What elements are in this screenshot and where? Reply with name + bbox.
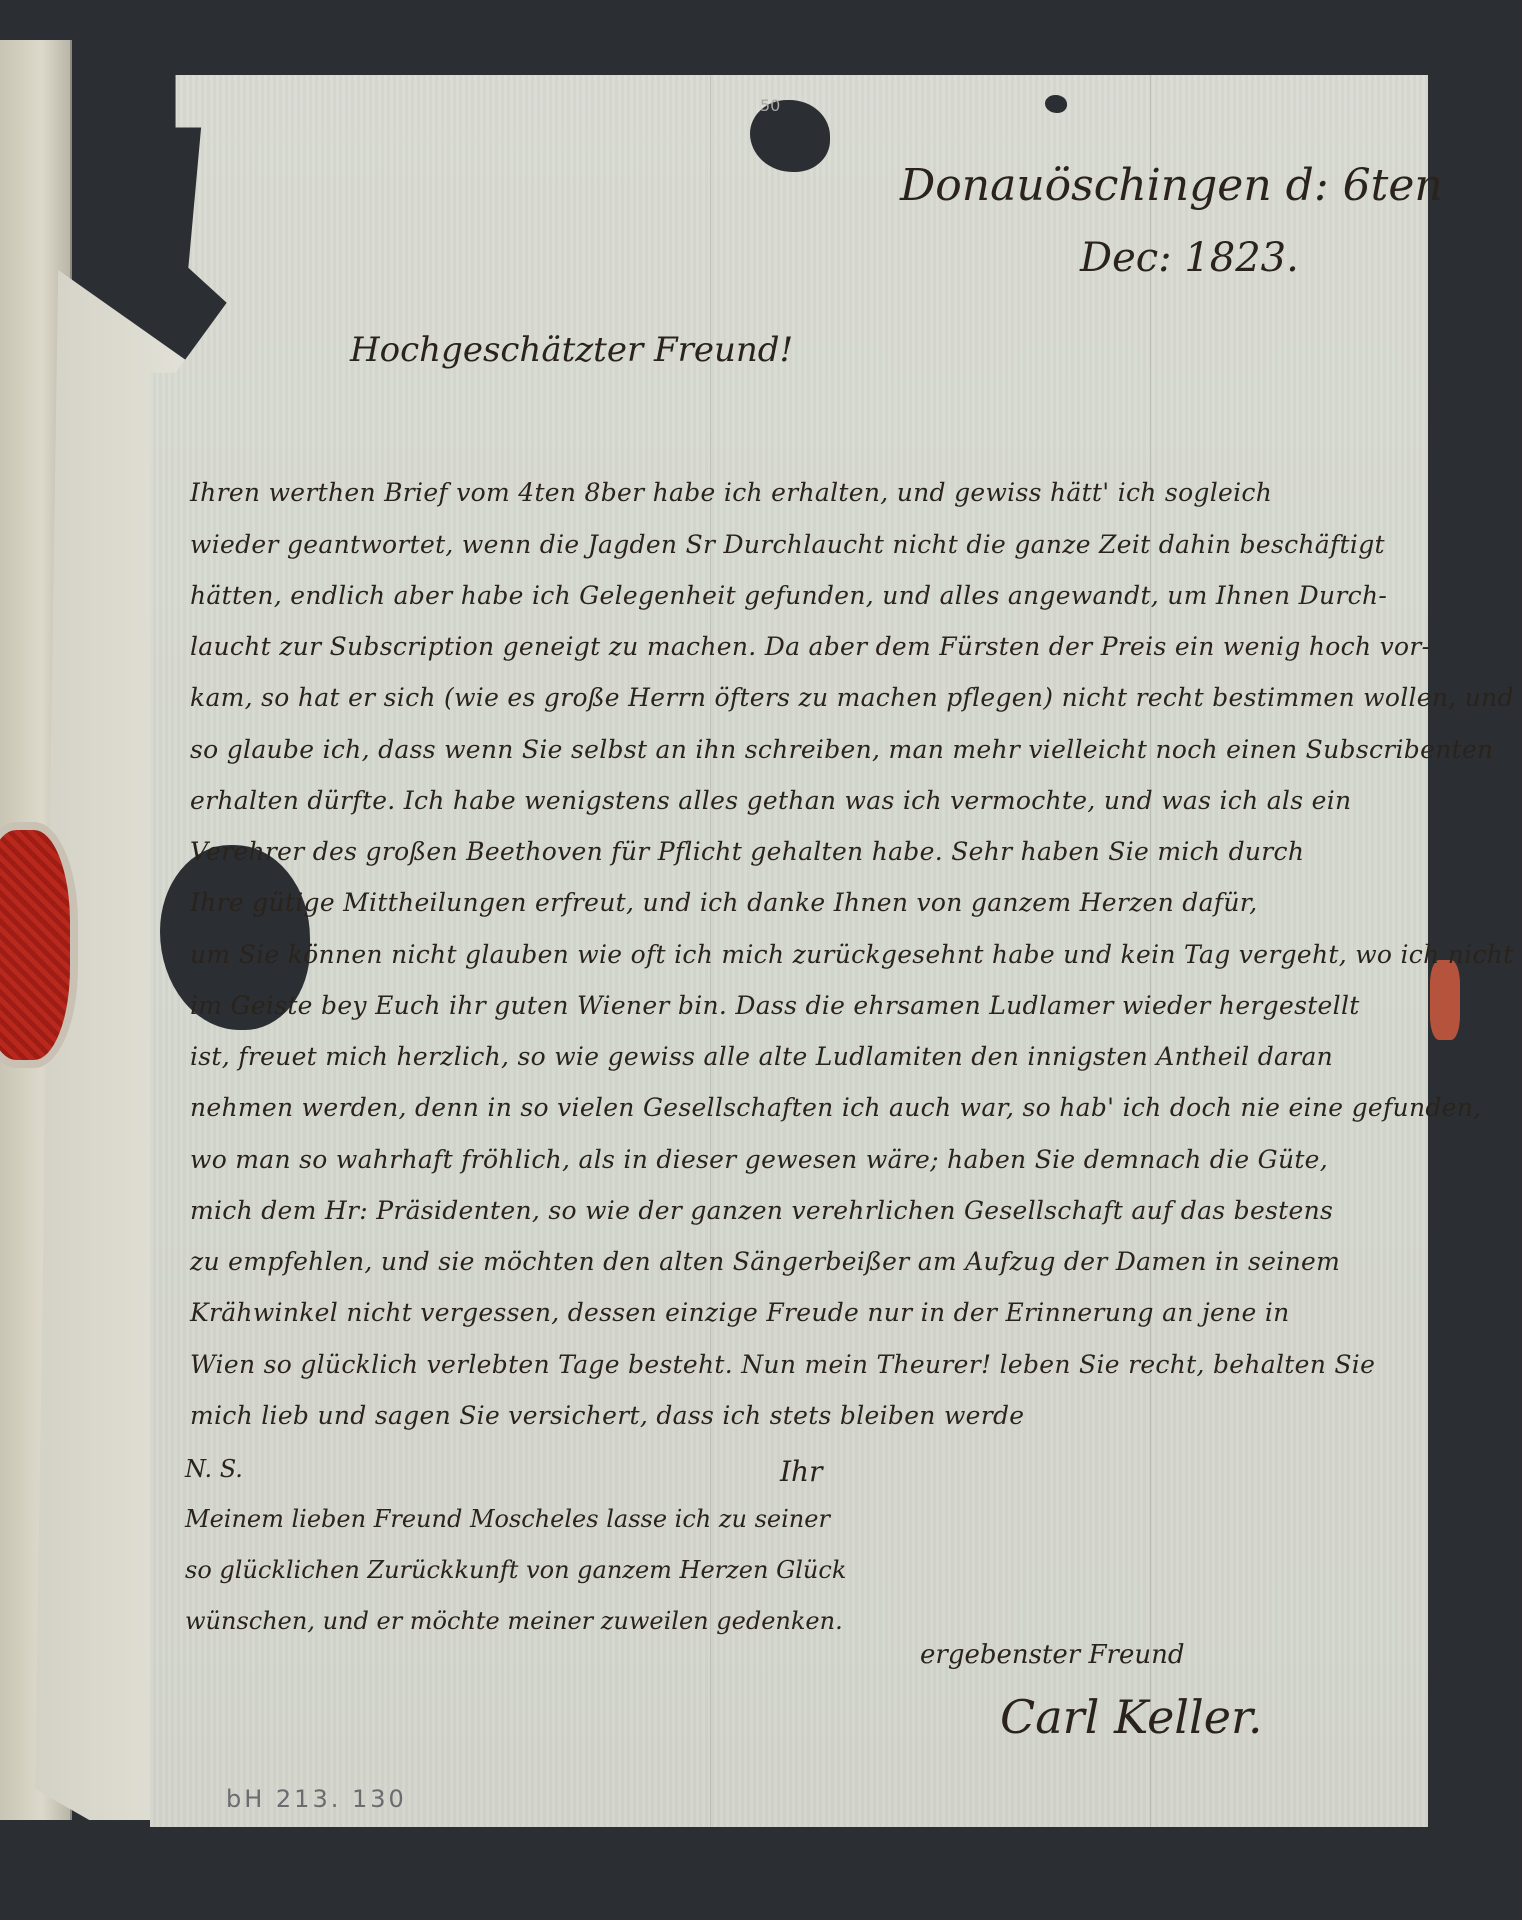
closing: Ihr — [780, 1455, 822, 1488]
body-line: wieder geantwortet, wenn die Jagden Sr D… — [190, 530, 1385, 559]
body-line: wo man so wahrhaft fröhlich, als in dies… — [190, 1145, 1328, 1174]
body-line: Ihren werthen Brief vom 4ten 8ber habe i… — [190, 478, 1272, 507]
body-line: Wien so glücklich verlebten Tage besteht… — [190, 1350, 1375, 1379]
body-line: nehmen werden, denn in so vielen Gesells… — [190, 1093, 1481, 1122]
valediction: ergebenster Freund — [920, 1640, 1184, 1670]
body-line: erhalten dürfte. Ich habe wenigstens all… — [190, 786, 1351, 815]
wax-seal — [0, 830, 70, 1060]
postscript-line: Meinem lieben Freund Moscheles lasse ich… — [185, 1505, 830, 1533]
body-line: Krähwinkel nicht vergessen, dessen einzi… — [190, 1298, 1290, 1327]
body-line: Verehrer des großen Beethoven für Pflich… — [190, 837, 1304, 866]
torn-hole-small — [1045, 95, 1067, 113]
body-line: kam, so hat er sich (wie es große Herrn … — [190, 683, 1514, 712]
body-line: im Geiste bey Euch ihr guten Wiener bin.… — [190, 991, 1360, 1020]
body-line: mich lieb und sagen Sie versichert, dass… — [190, 1401, 1024, 1430]
place-line: Donauöschingen d: 6ten — [900, 160, 1443, 211]
pencil-number: 50 — [760, 96, 780, 115]
body-line: so glaube ich, dass wenn Sie selbst an i… — [190, 735, 1493, 764]
signature: Carl Keller. — [1000, 1690, 1263, 1744]
date-line: Dec: 1823. — [1080, 235, 1299, 281]
archive-shelfmark: bH 213. 130 — [226, 1785, 407, 1813]
body-line: um Sie können nicht glauben wie oft ich … — [190, 940, 1514, 969]
body-line: zu empfehlen, und sie möchten den alten … — [190, 1247, 1340, 1276]
body-line: laucht zur Subscription geneigt zu mache… — [190, 632, 1430, 661]
body-line: ist, freuet mich herzlich, so wie gewiss… — [190, 1042, 1333, 1071]
wax-seal-remnant — [1430, 960, 1460, 1040]
postscript-label: N. S. — [185, 1455, 243, 1483]
body-line: hätten, endlich aber habe ich Gelegenhei… — [190, 581, 1387, 610]
body-line: Ihre gütige Mittheilungen erfreut, und i… — [190, 888, 1258, 917]
body-line: mich dem Hr: Präsidenten, so wie der gan… — [190, 1196, 1333, 1225]
postscript-line: wünschen, und er möchte meiner zuweilen … — [185, 1607, 843, 1635]
postscript-line: so glücklichen Zurückkunft von ganzem He… — [185, 1556, 846, 1584]
salutation: Hochgeschätzter Freund! — [350, 330, 793, 370]
